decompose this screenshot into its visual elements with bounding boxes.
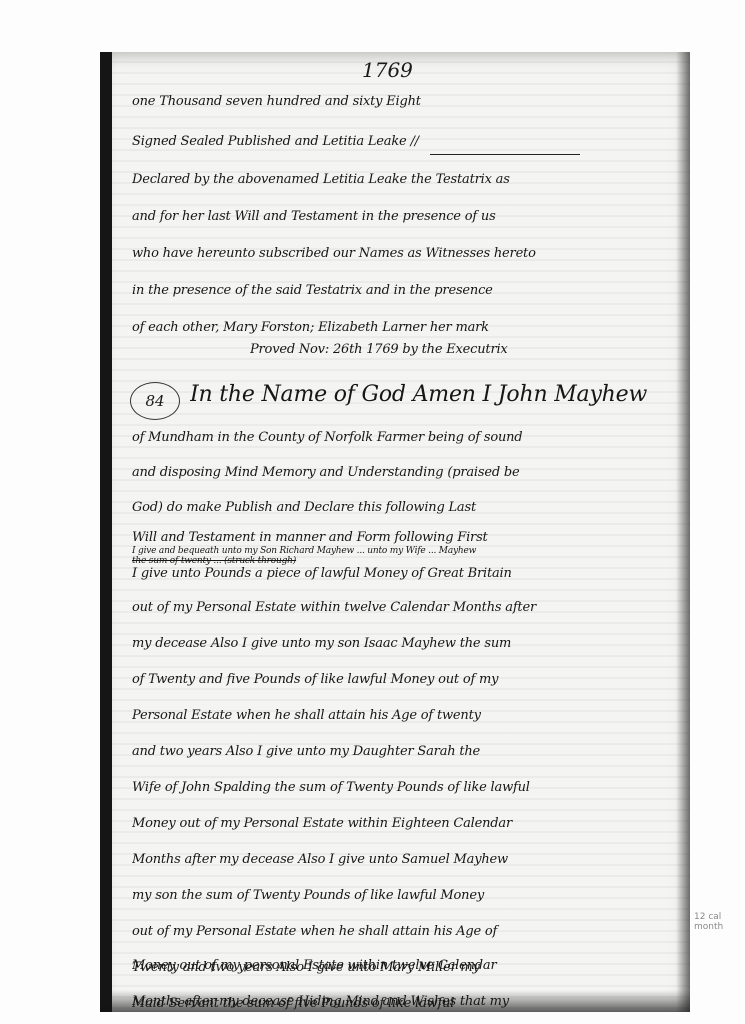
page-right-shadow [676, 52, 690, 1012]
text-line: of each other, Mary Forston; Elizabeth L… [132, 320, 662, 335]
text-line: Money out of my Personal Estate within E… [132, 816, 662, 831]
text-line: of Twenty and five Pounds of like lawful… [132, 672, 662, 687]
text-line: out of my Personal Estate when he shall … [132, 924, 662, 939]
signature-flourish [430, 154, 580, 155]
text-line: Money out of my personal Estate within t… [132, 958, 662, 973]
text-line: God) do make Publish and Declare this fo… [132, 500, 662, 515]
margin-annotation: 12 cal month [694, 912, 744, 932]
struck-text: the sum of twenty ... (struck through) [132, 556, 662, 566]
text-line: of Mundham in the County of Norfolk Farm… [132, 430, 662, 445]
text-line: Months after my decease Also I give unto… [132, 852, 662, 867]
page-binding-edge [100, 52, 112, 1012]
will-heading: In the Name of God Amen I John Mayhew [190, 382, 720, 407]
text-line: and two years Also I give unto my Daught… [132, 744, 662, 759]
text-line: my son the sum of Twenty Pounds of like … [132, 888, 662, 903]
text-line: one Thousand seven hundred and sixty Eig… [132, 94, 662, 109]
text-line: and disposing Mind Memory and Understand… [132, 465, 662, 480]
text-line: Months after my decease Hiding Mind and … [132, 994, 662, 1009]
text-line: my decease Also I give unto my son Isaac… [132, 636, 662, 651]
text-line: out of my Personal Estate within twelve … [132, 600, 662, 615]
probate-line: Proved Nov: 26th 1769 by the Executrix [250, 342, 745, 357]
text-line: I give unto Pounds a piece of lawful Mon… [132, 566, 662, 581]
text-line: who have hereunto subscribed our Names a… [132, 246, 662, 261]
text-line: and for her last Will and Testament in t… [132, 209, 662, 224]
text-line: Wife of John Spalding the sum of Twenty … [132, 780, 662, 795]
text-line: in the presence of the said Testatrix an… [132, 283, 662, 298]
text-line: Declared by the abovenamed Letitia Leake… [132, 172, 662, 187]
entry-number: 84 [130, 382, 180, 420]
text-line: Will and Testament in manner and Form fo… [132, 530, 662, 545]
interlined-text: I give and bequeath unto my Son Richard … [132, 546, 662, 556]
folio-number: 1769 [362, 58, 413, 82]
text-line: Personal Estate when he shall attain his… [132, 708, 662, 723]
text-line: Signed Sealed Published and Letitia Leak… [132, 134, 662, 149]
manuscript-page: 1769 one Thousand seven hundred and sixt… [100, 52, 690, 1012]
